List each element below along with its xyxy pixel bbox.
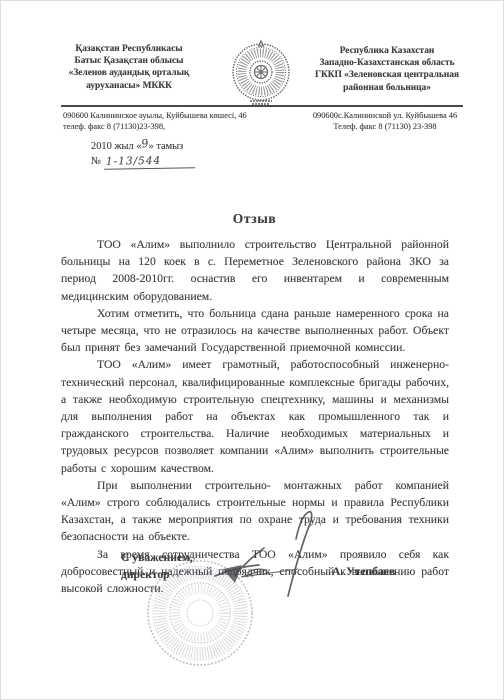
document-title: Отзыв (61, 211, 448, 227)
paragraph: ТОО «Алим» имеет грамотный, работоспособ… (61, 356, 449, 476)
paragraph: Хотим отметить, что больница сдана раньш… (61, 305, 449, 357)
reference-block: 2010 жыл «9» тамыз № 1-13/544 (91, 139, 195, 169)
date-line: 2010 жыл «9» тамыз (91, 139, 195, 153)
handwritten-number: 1-13/544 (103, 154, 194, 170)
header-divider (61, 105, 463, 107)
date-prefix: 2010 жыл « (91, 141, 142, 152)
paragraph: ТОО «Алим» выполнило строительство Центр… (61, 236, 449, 305)
number-label: № (91, 156, 101, 167)
contact-address-russian: 090600с.Калининской ул. Куйбышева 46 Тел… (295, 111, 475, 132)
number-line: № 1-13/544 (91, 155, 195, 169)
org-name-kazakh: Қазақстан Республикасы Батыс Қазақстан о… (45, 43, 213, 92)
closing-and-position: С уважением, директор (121, 549, 193, 583)
kazakhstan-coat-of-arms-icon (228, 35, 294, 107)
signer-name: А. Утепбаев (332, 565, 395, 578)
org-name-russian: Республика Казахстан Западно-Казахстанск… (301, 45, 473, 94)
contact-address-kazakh: 090600 Калининское ауылы, Куйбышева көше… (63, 111, 278, 132)
scanned-letter-page: Қазақстан Республикасы Батыс Қазақстан о… (0, 0, 504, 700)
signature-section: С уважением, директор А. Утепбаев (1, 506, 504, 700)
date-suffix: » тамыз (149, 141, 184, 152)
